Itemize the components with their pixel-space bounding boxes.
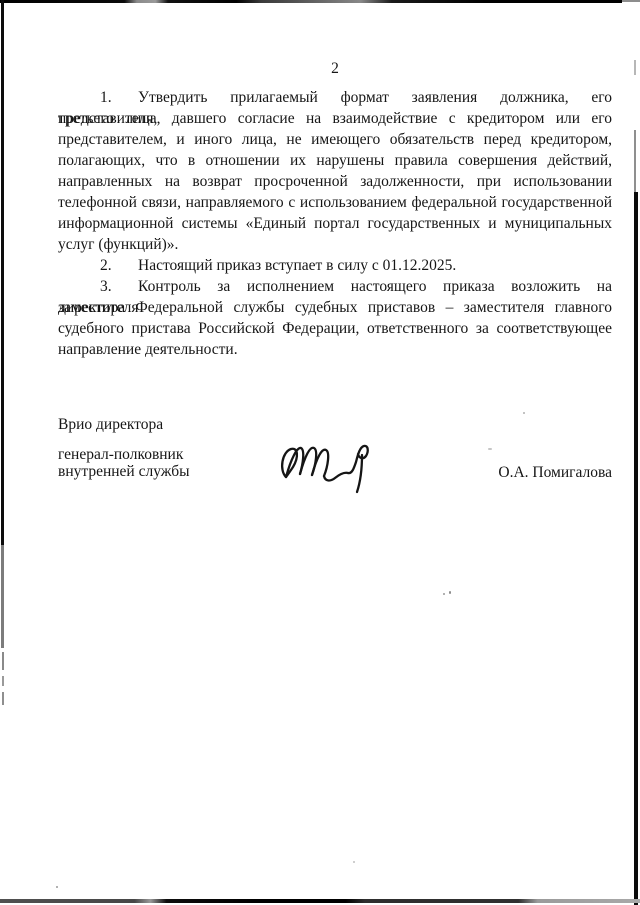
scan-border-left-fade xyxy=(1,545,4,648)
text-line: директора Федеральной службы судебных пр… xyxy=(58,297,612,318)
scan-speck xyxy=(56,886,58,888)
handwritten-signature-icon xyxy=(276,437,382,499)
scan-speck xyxy=(353,861,355,863)
scan-border-left-dash xyxy=(2,652,4,670)
scan-speck xyxy=(449,591,451,594)
page-number: 2 xyxy=(58,58,612,79)
paragraph-number: 1. xyxy=(58,87,138,108)
text-line: представителем, и иного лица, не имеющег… xyxy=(58,129,612,150)
signer-position: Врио директора xyxy=(58,414,612,435)
scan-border-left-dash xyxy=(2,676,4,686)
scan-speck xyxy=(443,593,445,595)
text-line: телефонной связи, направляемого с исполь… xyxy=(58,192,612,213)
paragraph-number: 2. xyxy=(58,255,138,276)
text-line: направление деятельности. xyxy=(58,339,612,360)
scan-border-left-dash xyxy=(2,692,4,705)
signer-name: О.А. Помигалова xyxy=(498,464,612,481)
scan-border-top-tail xyxy=(622,0,640,2)
text-line: услуг (функций)». xyxy=(58,234,612,255)
scanned-document-page: { "page": { "number": "2" }, "document":… xyxy=(0,0,640,905)
text-line: судебного пристава Российской Федерации,… xyxy=(58,318,612,339)
text-line: информационной системы «Единый портал го… xyxy=(58,213,612,234)
text-line: 1.Утвердить прилагаемый формат заявления… xyxy=(58,87,612,108)
document-body: 1.Утвердить прилагаемый формат заявления… xyxy=(58,87,612,360)
paragraph-number: 3. xyxy=(58,276,138,297)
text-line: полагающих, что в отношении их нарушены … xyxy=(58,150,612,171)
text-line-content: Настоящий приказ вступает в силу с 01.12… xyxy=(138,257,456,274)
scan-border-bottom xyxy=(0,899,640,903)
scan-border-right-dash xyxy=(634,130,636,192)
scan-border-top xyxy=(0,0,622,3)
scan-border-right xyxy=(634,192,638,905)
text-line: 2.Настоящий приказ вступает в силу с 01.… xyxy=(58,255,612,276)
scan-border-left xyxy=(1,0,4,545)
text-line: направленных на возврат просроченной зад… xyxy=(58,171,612,192)
text-line: третьего лица, давшего согласие на взаим… xyxy=(58,108,612,129)
scan-border-right-dash xyxy=(634,60,636,75)
text-line: 3.Контроль за исполнением настоящего при… xyxy=(58,276,612,297)
